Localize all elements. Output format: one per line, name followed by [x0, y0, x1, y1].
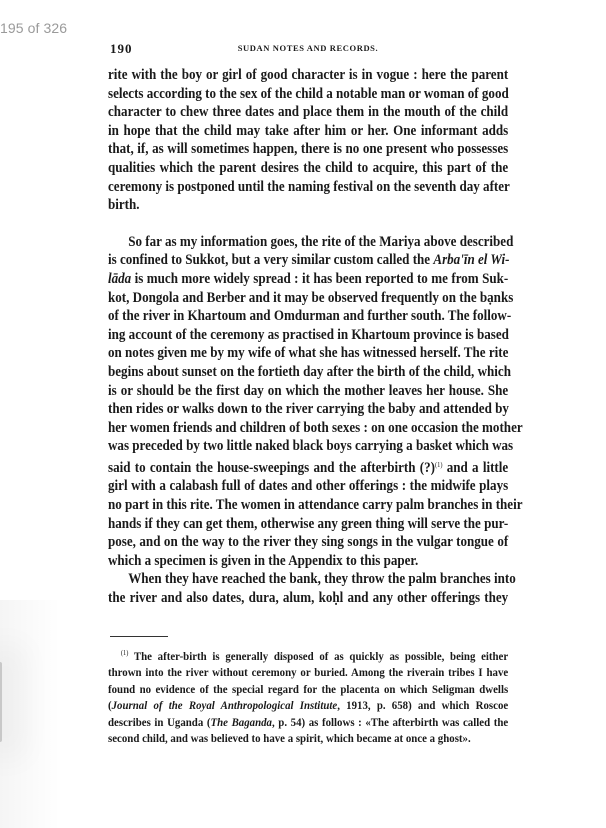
running-head: 190 SUDAN NOTES AND RECORDS.	[108, 41, 508, 57]
paragraph-3: When they have reached the bank, they th…	[108, 570, 508, 607]
italic-citation: The Baganda	[210, 715, 271, 729]
text-line: selects according to the sex of the chil…	[108, 85, 508, 104]
footnote-reference[interactable]: (1)	[435, 461, 443, 469]
text-line: pose, and on the way to the river they s…	[108, 533, 508, 552]
text-line: character to chew three dates and place …	[108, 103, 508, 122]
text-line: her women friends and children of both s…	[108, 419, 508, 438]
text-line: said to contain the house-sweepings and …	[108, 456, 508, 478]
footnote-divider	[110, 636, 168, 637]
page-counter: 195 of 326	[0, 20, 67, 36]
text-line: which a specimen is given in the Appendi…	[108, 552, 508, 571]
text-line: lāda is much more widely spread : it has…	[108, 270, 508, 289]
text-line: rite with the boy or girl of good charac…	[108, 66, 508, 85]
text-line: begins about sunset on the fortieth day …	[108, 363, 508, 382]
text-line: is confined to Sukkot, but a very simila…	[108, 251, 508, 270]
text-line: the river and also dates, dura, alum, ko…	[108, 589, 508, 608]
footnote: (1) The after-birth is generally dispose…	[108, 645, 508, 746]
text-run: The after-birth is generally disposed of…	[128, 649, 508, 663]
text-line: qualities which the parent desires the c…	[108, 159, 508, 178]
text-line: then rides or walks down to the river ca…	[108, 400, 508, 419]
text-line: of the river in Khartoum and Omdurman an…	[108, 307, 508, 326]
text-line: So far as my information goes, the rite …	[108, 233, 508, 252]
text-line: (Journal of the Royal Anthropological In…	[108, 697, 508, 713]
text-line: birth.	[108, 196, 508, 215]
text-run: and a little	[443, 460, 509, 476]
paragraph-2: So far as my information goes, the rite …	[108, 233, 508, 571]
text-line: found no evidence of the special regard …	[108, 681, 508, 697]
text-line: is or should be the first day on which t…	[108, 382, 508, 401]
text-line: kot, Dongola and Berber and it may be ob…	[108, 289, 508, 308]
text-line: describes in Uganda (The Baganda, p. 54)…	[108, 714, 508, 730]
text-line: on notes given me by my wife of what she…	[108, 344, 508, 363]
text-line: second child, and was believed to have a…	[108, 730, 508, 746]
journal-title: SUDAN NOTES AND RECORDS.	[108, 43, 508, 53]
text-line: When they have reached the bank, they th…	[108, 570, 508, 589]
text-run: , p. 54) as follows : «The afterbirth wa…	[272, 715, 508, 729]
italic-term: lāda	[108, 271, 131, 287]
italic-citation: Journal of the Royal Anthropological Ins…	[112, 698, 338, 712]
text-run: describes in Uganda (	[108, 715, 210, 729]
text-run: said to contain the house-sweepings and …	[108, 460, 435, 476]
text-line: thrown into the river without ceremony o…	[108, 664, 508, 680]
text-line: (1) The after-birth is generally dispose…	[108, 645, 508, 664]
body-text: rite with the boy or girl of good charac…	[108, 66, 508, 608]
scrollbar-handle[interactable]	[0, 662, 2, 742]
italic-term: Arba'īn el Wi-	[433, 252, 509, 268]
text-run: , 1913, p. 658) and which Roscoe	[337, 698, 508, 712]
text-line: ing account of the ceremony as practised…	[108, 326, 508, 345]
text-line: no part in this rite. The women in atten…	[108, 496, 508, 515]
text-line: that, if, as will sometimes happen, ther…	[108, 140, 508, 159]
paragraph-1: rite with the boy or girl of good charac…	[108, 66, 508, 215]
text-run: is much more widely spread : it has been…	[131, 271, 508, 287]
text-line: in hope that the child may take after hi…	[108, 122, 508, 141]
text-line: ceremony is postponed until the naming f…	[108, 178, 508, 197]
text-line: hands if they can get them, otherwise an…	[108, 515, 508, 534]
text-line: was preceded by two little naked black b…	[108, 437, 508, 456]
text-line: girl with a calabash full of dates and o…	[108, 477, 508, 496]
scroll-track	[0, 600, 60, 828]
text-run: is confined to Sukkot, but a very simila…	[108, 252, 433, 268]
